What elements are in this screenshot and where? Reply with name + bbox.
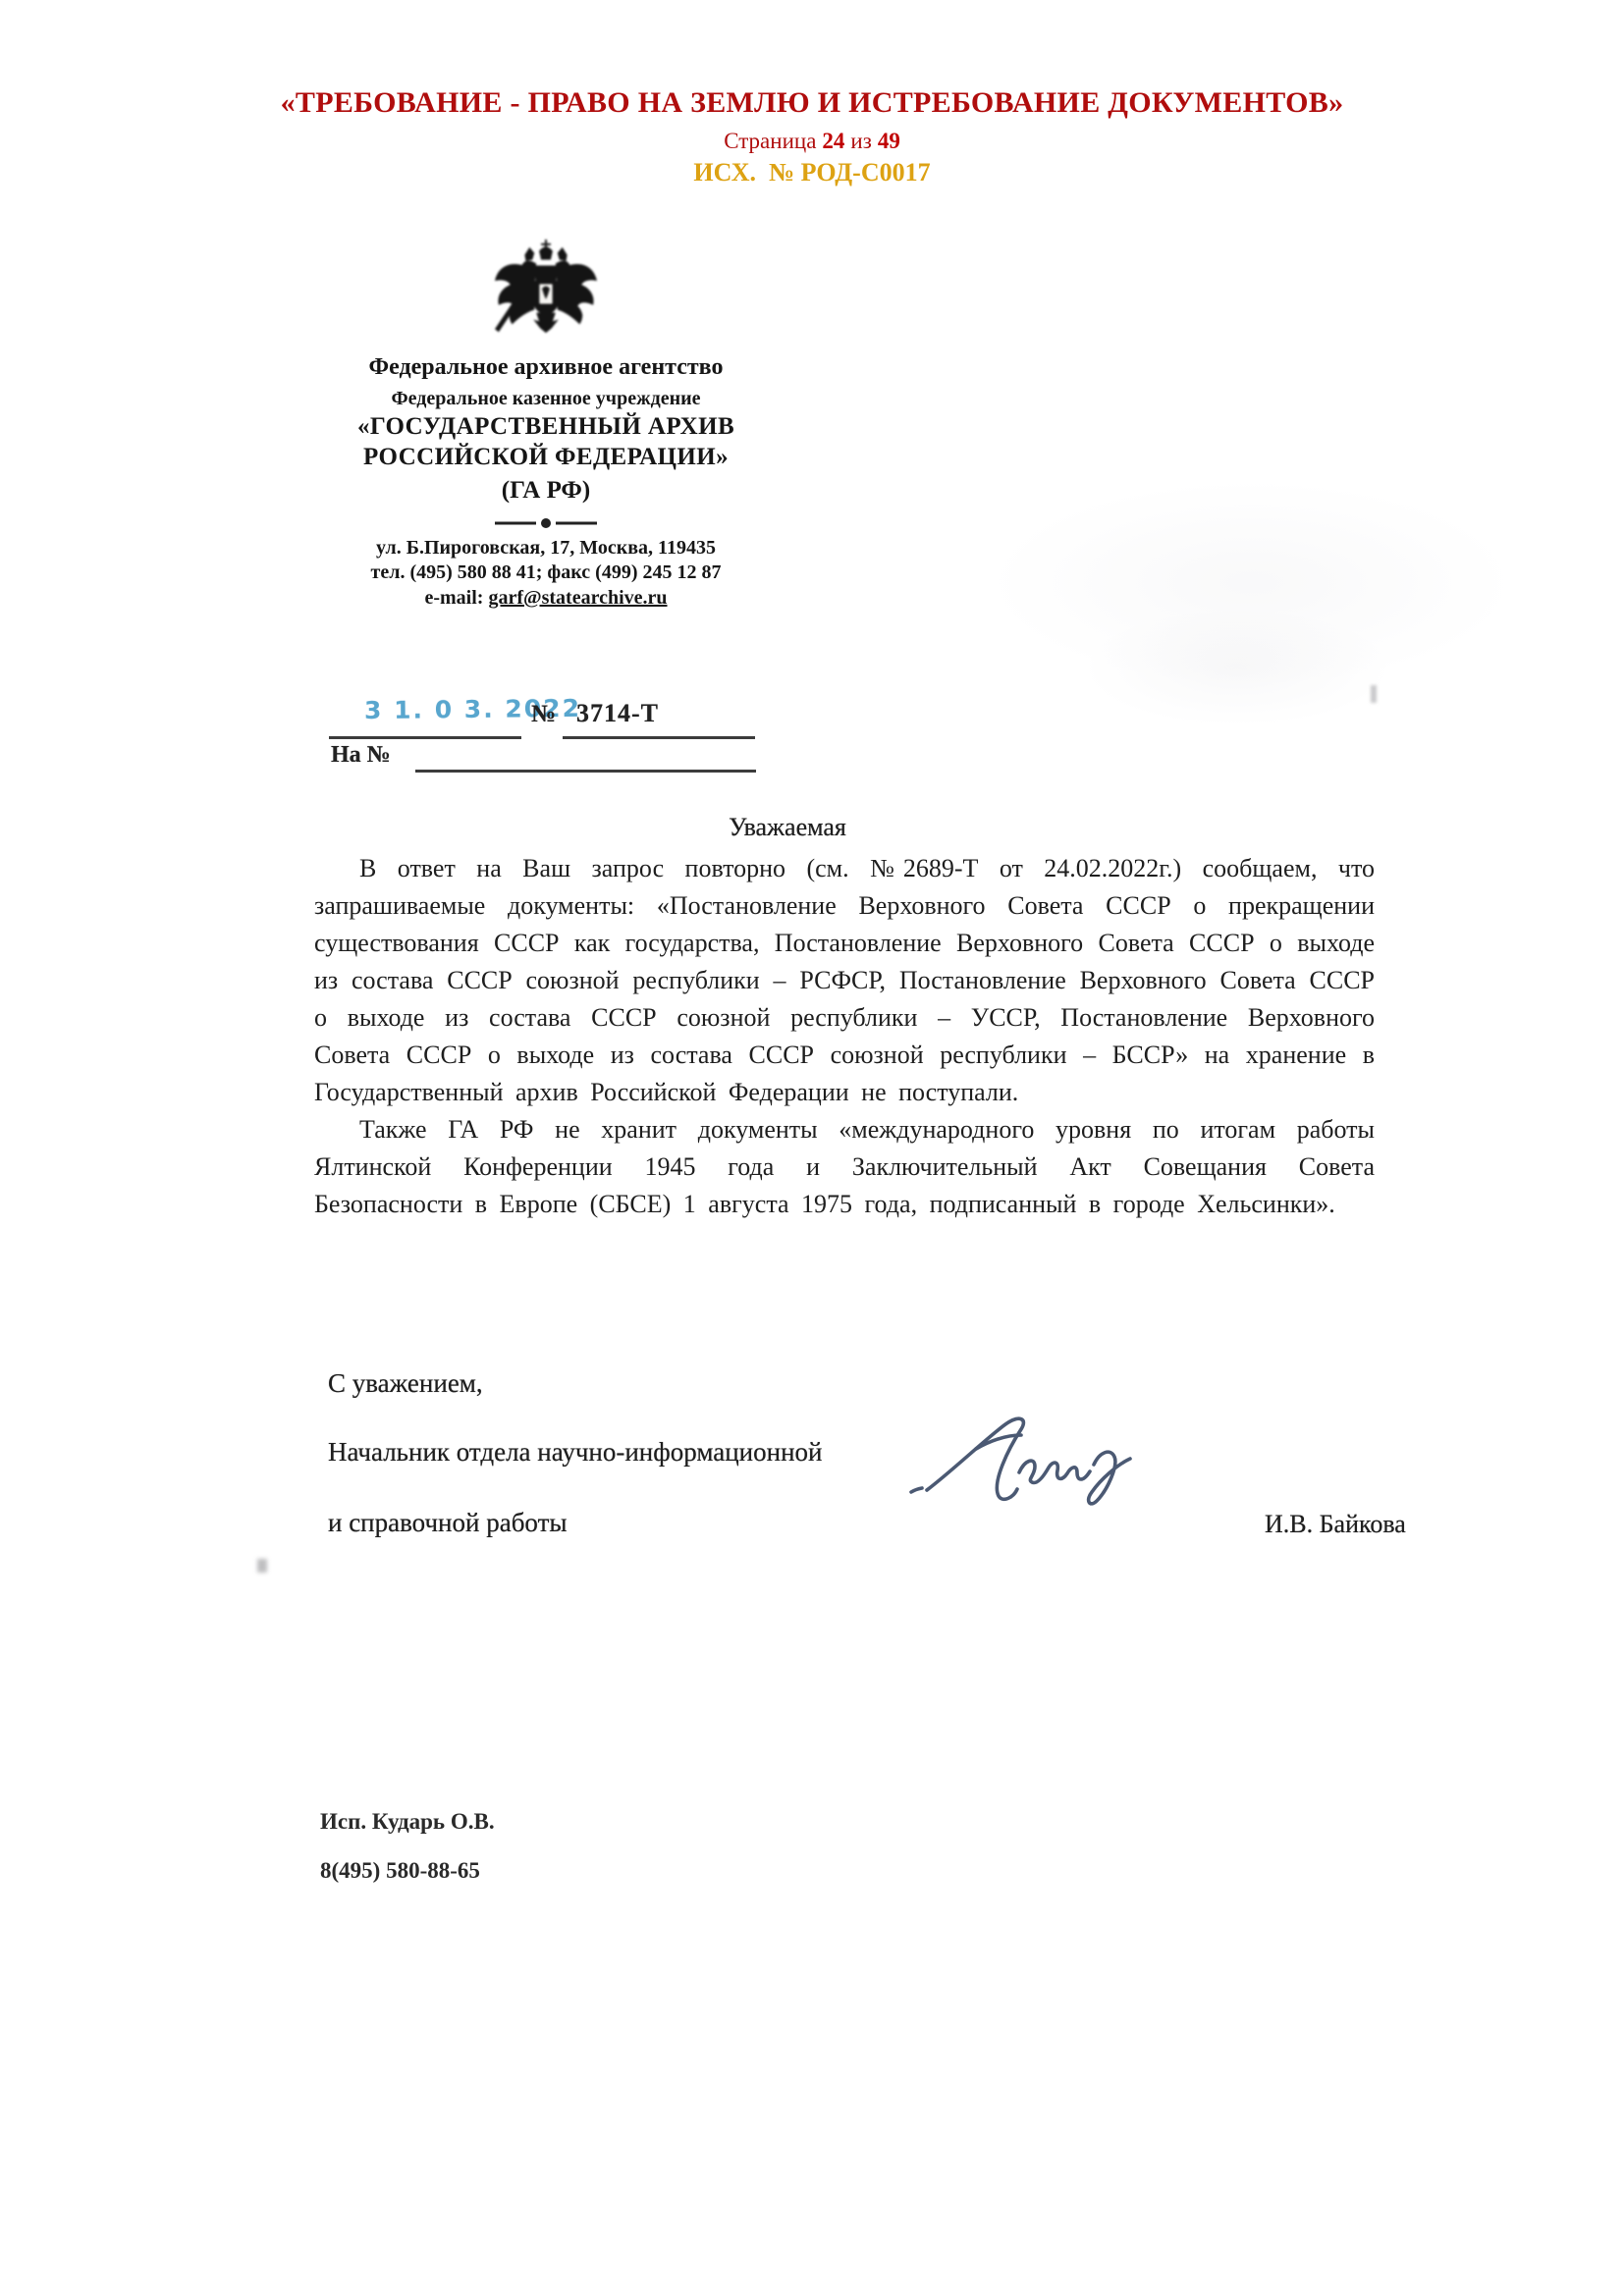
letter-body: В ответ на Ваш запрос повторно (см. №268… — [314, 850, 1375, 1223]
page-header: «ТРЕБОВАНИЕ - ПРАВО НА ЗЕМЛЮ И ИСТРЕБОВА… — [0, 86, 1624, 187]
signer-title-line1: Начальник отдела научно-информационной — [328, 1437, 822, 1468]
scan-artifact — [1031, 589, 1443, 746]
number-value: 3714-Т — [576, 699, 659, 728]
number-label: № — [531, 701, 556, 728]
coat-of-arms-icon — [488, 239, 604, 343]
body-paragraph-1: В ответ на Ваш запрос повторно (см. №268… — [314, 850, 1375, 1111]
address-line: ул. Б.Пироговская, 17, Москва, 119435 — [324, 537, 768, 560]
page-indicator-prefix: Страница — [724, 129, 816, 153]
email-label: e-mail: — [424, 587, 483, 609]
outgoing-ref: ИСХ. № РОД-С0017 — [0, 158, 1624, 187]
email-address: garf@statearchive.ru — [488, 587, 667, 609]
reply-number-underline — [415, 770, 756, 773]
document-title: «ТРЕБОВАНИЕ - ПРАВО НА ЗЕМЛЮ И ИСТРЕБОВА… — [0, 86, 1624, 120]
org-name-line1: «ГОСУДАРСТВЕННЫЙ АРХИВ — [324, 413, 768, 441]
page-total: 49 — [878, 129, 900, 153]
email-line: e-mail: garf@statearchive.ru — [324, 587, 768, 610]
body-paragraph-2: Также ГА РФ не хранит документы «междуна… — [314, 1111, 1375, 1223]
date-underline — [329, 736, 521, 739]
institution-type: Федеральное казенное учреждение — [324, 388, 768, 410]
signature-ink — [903, 1402, 1168, 1539]
signer-title-line2: и справочной работы — [328, 1508, 568, 1538]
page-indicator: Страница24из49 — [0, 129, 1624, 154]
closing-phrase: С уважением, — [328, 1368, 483, 1399]
letterhead-divider — [495, 517, 597, 529]
scan-artifact — [933, 432, 1571, 707]
number-underline — [563, 736, 755, 739]
scan-artifact — [1371, 685, 1377, 703]
phone-fax-line: тел. (495) 580 88 41; факс (499) 245 12 … — [324, 561, 768, 584]
executor-phone: 8(495) 580-88-65 — [320, 1858, 480, 1884]
agency-name: Федеральное архивное агентство — [324, 354, 768, 381]
reference-block: 3 1. 0 3. 2022 № 3714-Т На № — [329, 687, 771, 785]
scan-artifact — [257, 1559, 267, 1573]
letterhead: Федеральное архивное агентство Федеральн… — [324, 239, 768, 610]
reply-number-label: На № — [331, 742, 391, 769]
executor-name: Исп. Кударь О.В. — [320, 1809, 495, 1835]
page-indicator-of: из — [850, 129, 871, 153]
org-abbreviation: (ГА РФ) — [324, 477, 768, 505]
document-page: «ТРЕБОВАНИЕ - ПРАВО НА ЗЕМЛЮ И ИСТРЕБОВА… — [0, 0, 1624, 2296]
page-current: 24 — [822, 129, 844, 153]
org-name-line2: РОССИЙСКОЙ ФЕДЕРАЦИИ» — [324, 444, 768, 471]
salutation: Уважаемая — [314, 813, 1375, 842]
signer-name: И.В. Байкова — [1265, 1510, 1406, 1539]
